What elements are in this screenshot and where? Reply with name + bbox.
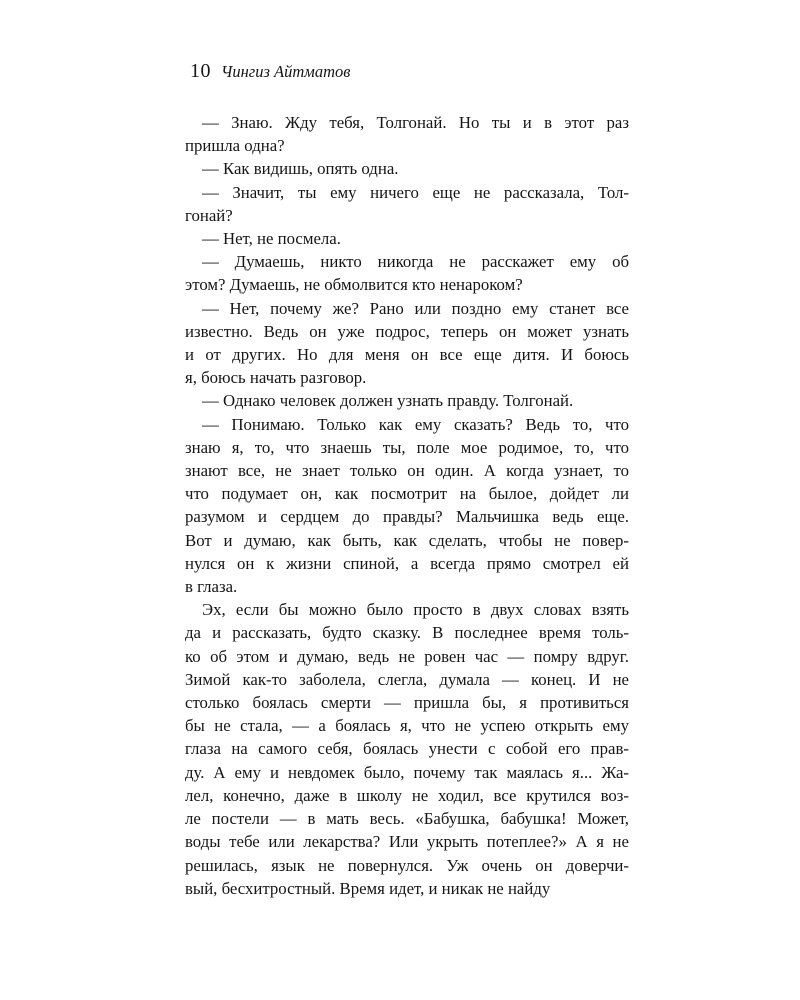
text-line: пришла одна? (185, 134, 629, 157)
text-line: ко об этом и думаю, ведь не ровен час — … (185, 645, 629, 668)
body-text: — Знаю. Жду тебя, Толгонай. Но ты и в эт… (185, 111, 629, 900)
text-line: известно. Ведь он уже подрос, теперь он … (185, 320, 629, 343)
text-line: да и рассказать, будто сказку. В последн… (185, 621, 629, 644)
running-header: 10Чингиз Айтматов (190, 60, 350, 83)
page-number: 10 (190, 60, 211, 82)
text-line: ле постели — в мать весь. «Бабушка, бабу… (185, 807, 629, 830)
text-line: — Значит, ты ему ничего еще не рассказал… (185, 181, 629, 204)
text-line: — Нет, почему же? Рано или поздно ему ст… (185, 297, 629, 320)
text-line: в глаза. (185, 575, 629, 598)
text-line: — Нет, не посмела. (185, 227, 629, 250)
text-line: нулся он к жизни спиной, а всегда прямо … (185, 552, 629, 575)
running-head-author: Чингиз Айтматов (221, 62, 350, 81)
text-line: и от других. Но для меня он все еще дитя… (185, 343, 629, 366)
text-line: — Знаю. Жду тебя, Толгонай. Но ты и в эт… (185, 111, 629, 134)
text-line: глаза на самого себя, боялась унести с с… (185, 737, 629, 760)
text-line: решилась, язык не повернулся. Уж очень о… (185, 854, 629, 877)
text-line: я, боюсь начать разговор. (185, 366, 629, 389)
text-line: что подумает он, как посмотрит на былое,… (185, 482, 629, 505)
text-line: знаю я, то, что знаешь ты, поле мое роди… (185, 436, 629, 459)
text-line: Эх, если бы можно было просто в двух сло… (185, 598, 629, 621)
text-line: этом? Думаешь, не обмолвится кто ненарок… (185, 273, 629, 296)
text-line: ду. А ему и невдомек было, почему так ма… (185, 761, 629, 784)
text-line: лел, конечно, даже в школу не ходил, все… (185, 784, 629, 807)
text-line: вый, бесхитростный. Время идет, и никак … (185, 877, 629, 900)
text-line: столько боялась смерти — пришла бы, я пр… (185, 691, 629, 714)
text-line: знают все, не знает только он один. А ко… (185, 459, 629, 482)
text-line: бы не стала, — а боялась я, что не успею… (185, 714, 629, 737)
text-line: разумом и сердцем до правды? Мальчишка в… (185, 505, 629, 528)
book-page: 10Чингиз Айтматов — Знаю. Жду тебя, Толг… (0, 0, 800, 1000)
text-line: — Как видишь, опять одна. (185, 157, 629, 180)
text-line: Вот и думаю, как быть, как сделать, чтоб… (185, 529, 629, 552)
text-line: — Думаешь, никто никогда не расскажет ем… (185, 250, 629, 273)
text-line: — Однако человек должен узнать правду. Т… (185, 389, 629, 412)
text-line: Зимой как-то заболела, слегла, думала — … (185, 668, 629, 691)
text-line: — Понимаю. Только как ему сказать? Ведь … (185, 413, 629, 436)
text-line: воды тебе или лекарства? Или укрыть поте… (185, 830, 629, 853)
text-line: гонай? (185, 204, 629, 227)
